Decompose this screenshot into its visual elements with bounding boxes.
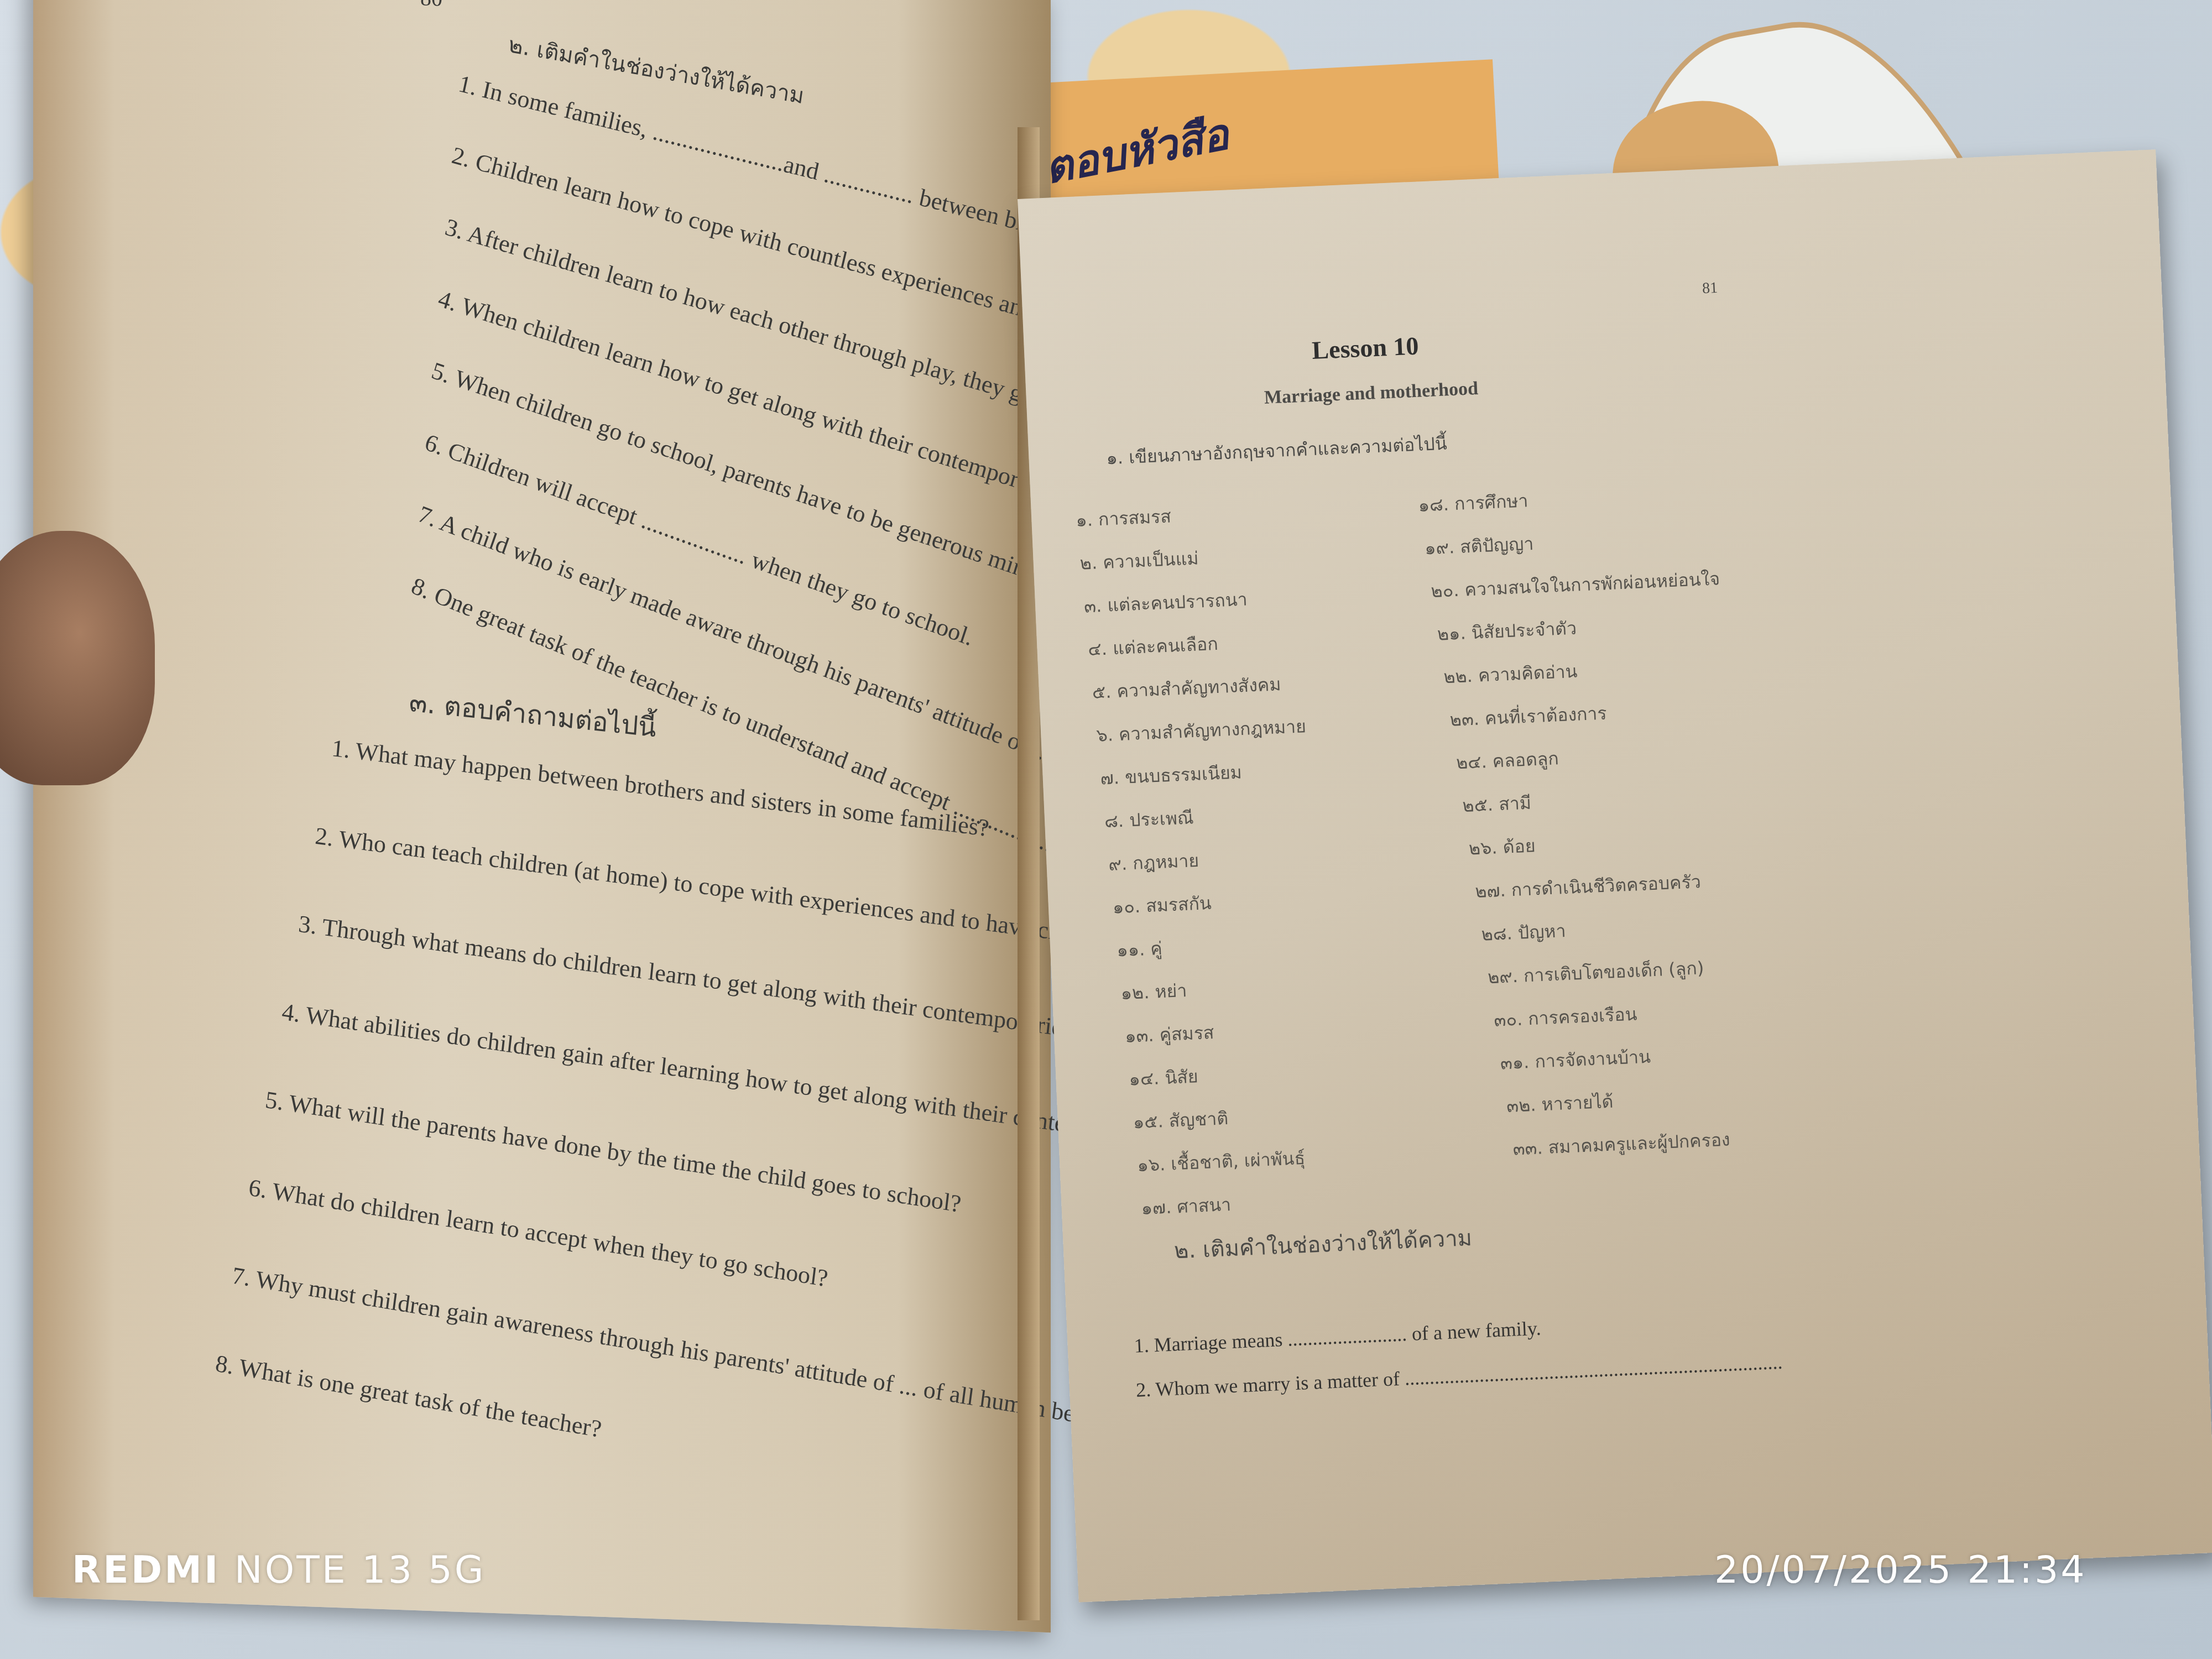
vocab-item: ๒๘. ปัญหา bbox=[1481, 917, 1567, 949]
vocab-item: ๒. ความเป็นแม่ bbox=[1079, 544, 1199, 577]
vocab-item: ๒๒. ความคิดอ่าน bbox=[1443, 658, 1578, 692]
vocab-item: ๓๒. หารายได้ bbox=[1506, 1088, 1614, 1120]
vocab-item: ๒๗. การดำเนินชีวิตครอบครัว bbox=[1474, 868, 1701, 906]
lesson-title: Lesson 10 bbox=[1311, 331, 1419, 365]
vocab-item: ๒๐. ความสนใจในการพักผ่อนหย่อนใจ bbox=[1431, 565, 1721, 606]
left-page: 80 ๒. เติมคำในช่องว่างให้ได้ความ 1. In s… bbox=[33, 0, 1051, 1632]
vocab-item: ๑๔. นิสัย bbox=[1129, 1062, 1199, 1093]
section1-heading: ๑. เขียนภาษาอังกฤษจากคำและความต่อไปนี้ bbox=[1105, 430, 1447, 473]
vocab-item: ๑๒. หย่า bbox=[1120, 977, 1188, 1008]
vocab-item: ๒๓. คนที่เราต้องการ bbox=[1449, 699, 1608, 734]
vocab-item: ๓๓. สมาคมครูและผู้ปกครอง bbox=[1512, 1125, 1731, 1163]
vocab-item: ๒๖. ด้อย bbox=[1468, 832, 1536, 863]
watermark-model: NOTE 13 5G bbox=[234, 1548, 486, 1592]
vocab-item: ๑๗. ศาสนา bbox=[1141, 1191, 1232, 1223]
vocab-item: ๑๕. สัญชาติ bbox=[1133, 1104, 1229, 1136]
camera-watermark-model: REDMI NOTE 13 5G bbox=[72, 1548, 486, 1592]
vocab-item: ๑๙. สติปัญญา bbox=[1424, 530, 1534, 563]
vocab-item: ๕. ความสำคัญทางสังคม bbox=[1092, 670, 1281, 707]
vocab-item: ๒๑. นิสัยประจำตัว bbox=[1437, 614, 1577, 649]
right-page: 81 Lesson 10 Marriage and motherhood ๑. … bbox=[1018, 149, 2212, 1602]
vocab-item: ๒๕. สามี bbox=[1462, 789, 1532, 820]
vocab-item: ๑. การสมรส bbox=[1075, 502, 1172, 534]
vocab-item: ๑๖. เชื้อชาติ, เผ่าพันธุ์ bbox=[1136, 1144, 1306, 1180]
vocab-item: ๗. ขนบธรรมเนียม bbox=[1100, 758, 1243, 792]
section3-heading: ๓. ตอบคำถามต่อไปนี้ bbox=[408, 681, 658, 749]
lesson-subtitle: Marriage and motherhood bbox=[1264, 378, 1478, 409]
fill-in-item-right: 2. Whom we marry is a matter of ........… bbox=[1135, 1350, 1783, 1402]
camera-watermark-datetime: 20/07/2025 21:34 bbox=[1714, 1548, 2087, 1592]
vocab-item: ๙. กฎหมาย bbox=[1108, 847, 1200, 879]
fill-in-item-right: 1. Marriage means ......................… bbox=[1134, 1317, 1542, 1358]
vocab-item: ๒๙. การเติบโตของเด็ก (ลูก) bbox=[1487, 954, 1704, 992]
vocab-item: ๓. แต่ละคนปรารถนา bbox=[1083, 586, 1248, 621]
thumb bbox=[0, 531, 155, 785]
vocab-item: ๑๓. คู่สมรส bbox=[1124, 1019, 1214, 1051]
watermark-brand: REDMI bbox=[72, 1548, 220, 1592]
vocab-item: ๓๐. การครองเรือน bbox=[1493, 1000, 1637, 1035]
vocab-item: ๑๑. คู่ bbox=[1116, 935, 1163, 965]
page-number-right: 81 bbox=[1702, 279, 1718, 298]
vocab-item: ๔. แต่ละคนเลือก bbox=[1088, 630, 1219, 664]
vocab-item: ๓๑. การจัดงานบ้าน bbox=[1500, 1043, 1651, 1078]
section2-heading-right: ๒. เติมคำในช่องว่างให้ได้ความ bbox=[1173, 1220, 1473, 1268]
page-number-left: 80 bbox=[420, 0, 442, 12]
vocab-item: ๑๐. สมรสกัน bbox=[1112, 889, 1212, 922]
question-item: 6. What do children learn to accept when… bbox=[247, 1173, 830, 1293]
question-item: 7. Why must children gain awareness thro… bbox=[231, 1261, 1128, 1437]
vocab-item: ๘. ประเพณี bbox=[1104, 804, 1194, 836]
question-item: 8. What is one great task of the teacher… bbox=[214, 1349, 604, 1443]
vocab-item: ๖. ความสำคัญทางกฎหมาย bbox=[1095, 712, 1307, 750]
vocab-item: ๑๘. การศึกษา bbox=[1418, 487, 1529, 520]
vocab-item: ๒๔. คลอดลูก bbox=[1455, 744, 1559, 777]
